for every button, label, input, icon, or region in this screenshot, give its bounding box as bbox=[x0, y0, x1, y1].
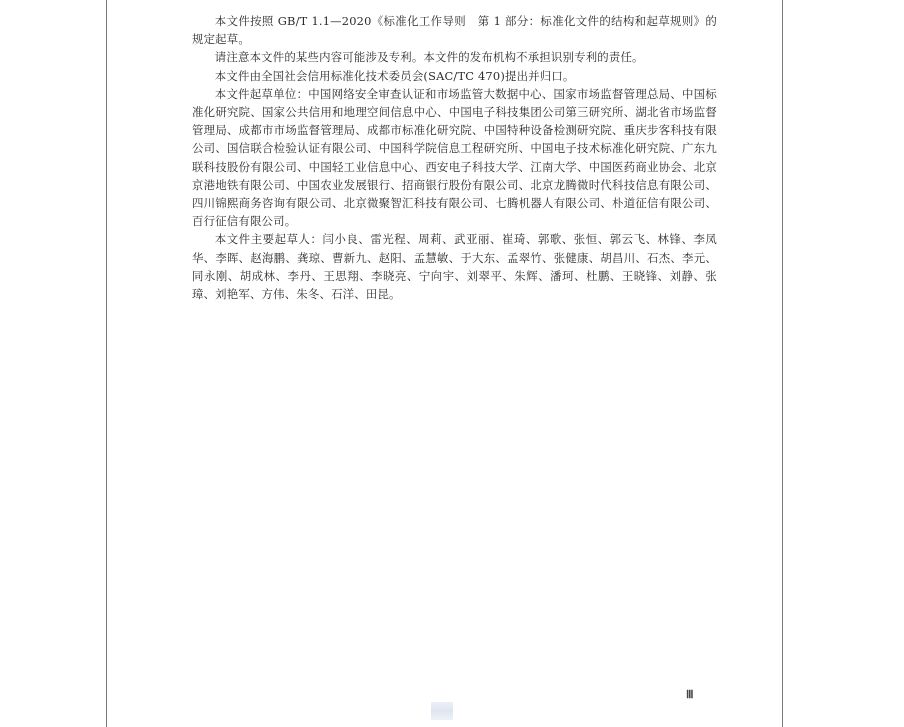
paragraph-committee: 本文件由全国社会信用标准化技术委员会(SAC/TC 470)提出并归口。 bbox=[192, 67, 717, 85]
paragraph-drafting-units: 本文件起草单位：中国网络安全审查认证和市场监管大数据中心、国家市场监督管理总局、… bbox=[192, 85, 717, 231]
watermark-logo-icon bbox=[431, 702, 453, 720]
document-page: 本文件按照 GB/T 1.1—2020《标准化工作导则 第 1 部分：标准化文件… bbox=[106, 0, 783, 727]
paragraph-drafters: 本文件主要起草人：闫小良、雷光程、周莉、武亚丽、崔琦、郭歌、张恒、郭云飞、林锋、… bbox=[192, 230, 717, 303]
paragraph-patent-notice: 请注意本文件的某些内容可能涉及专利。本文件的发布机构不承担识别专利的责任。 bbox=[192, 48, 717, 66]
paragraph-drafting-rules: 本文件按照 GB/T 1.1—2020《标准化工作导则 第 1 部分：标准化文件… bbox=[192, 12, 717, 48]
foreword-content: 本文件按照 GB/T 1.1—2020《标准化工作导则 第 1 部分：标准化文件… bbox=[192, 12, 717, 303]
page-number: Ⅲ bbox=[686, 688, 693, 701]
